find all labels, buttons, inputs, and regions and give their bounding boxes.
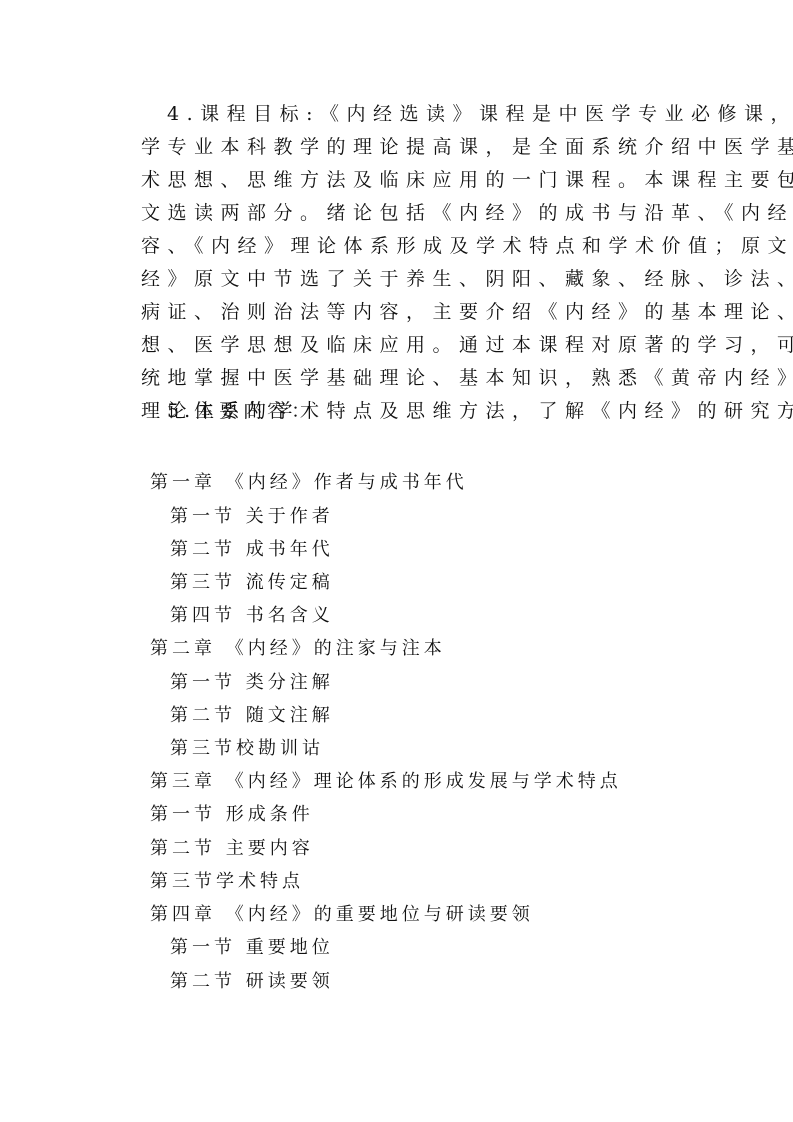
- course-objective-paragraph: 4.课程目标:《内经选读》课程是中医学专业必修课，也是中医 学专业本科教学的理论…: [141, 98, 675, 428]
- paragraph-line: 术思想、思维方法及临床应用的一门课程。本课程主要包括绪论、原: [141, 164, 675, 197]
- paragraph-line: 学专业本科教学的理论提高课，是全面系统介绍中医学基本理论、学: [141, 131, 675, 164]
- toc-chapter: 第三章 《内经》理论体系的形成发展与学术特点: [150, 770, 622, 794]
- paragraph-line: 4.课程目标:《内经选读》课程是中医学专业必修课，也是中医: [141, 98, 675, 131]
- toc-section: 第一节 重要地位: [170, 936, 334, 960]
- toc-section: 第一节 形成条件: [150, 803, 314, 827]
- toc-section: 第三节学术特点: [150, 870, 304, 894]
- document-page: 4.课程目标:《内经选读》课程是中医学专业必修课，也是中医 学专业本科教学的理论…: [0, 0, 793, 1122]
- toc-chapter: 第二章 《内经》的注家与注本: [150, 637, 446, 661]
- paragraph-line: 文选读两部分。绪论包括《内经》的成书与沿革、《内经》的主要内: [141, 197, 675, 230]
- main-content-heading: 5.主要内容：: [167, 395, 315, 428]
- toc-section: 第一节 关于作者: [170, 505, 334, 529]
- toc-section: 第二节 成书年代: [170, 538, 334, 562]
- toc-section: 第一节 类分注解: [170, 671, 334, 695]
- paragraph-line: 经》原文中节选了关于养生、阴阳、藏象、经脉、诊法、病因病机、: [141, 263, 675, 296]
- toc-section: 第三节校勘训诂: [170, 737, 324, 761]
- toc-section: 第二节 主要内容: [150, 837, 314, 861]
- paragraph-line: 病证、治则治法等内容，主要介绍《内经》的基本理论、基本学术思: [141, 296, 675, 329]
- toc-chapter: 第一章 《内经》作者与成书年代: [150, 471, 468, 495]
- toc-section: 第三节 流传定稿: [170, 571, 334, 595]
- toc-section: 第四节 书名含义: [170, 604, 334, 628]
- paragraph-line: 容、《内经》理论体系形成及学术特点和学术价值；原文选读在《内: [141, 230, 675, 263]
- paragraph-line: 想、医学思想及临床应用。通过本课程对原著的学习，可以进一步系: [141, 329, 675, 362]
- paragraph-line: 统地掌握中医学基础理论、基本知识，熟悉《黄帝内经》的学术思想、: [141, 362, 675, 395]
- toc-section: 第二节 研读要领: [170, 970, 334, 994]
- toc-section: 第二节 随文注解: [170, 704, 334, 728]
- toc-chapter: 第四章 《内经》的重要地位与研读要领: [150, 903, 534, 927]
